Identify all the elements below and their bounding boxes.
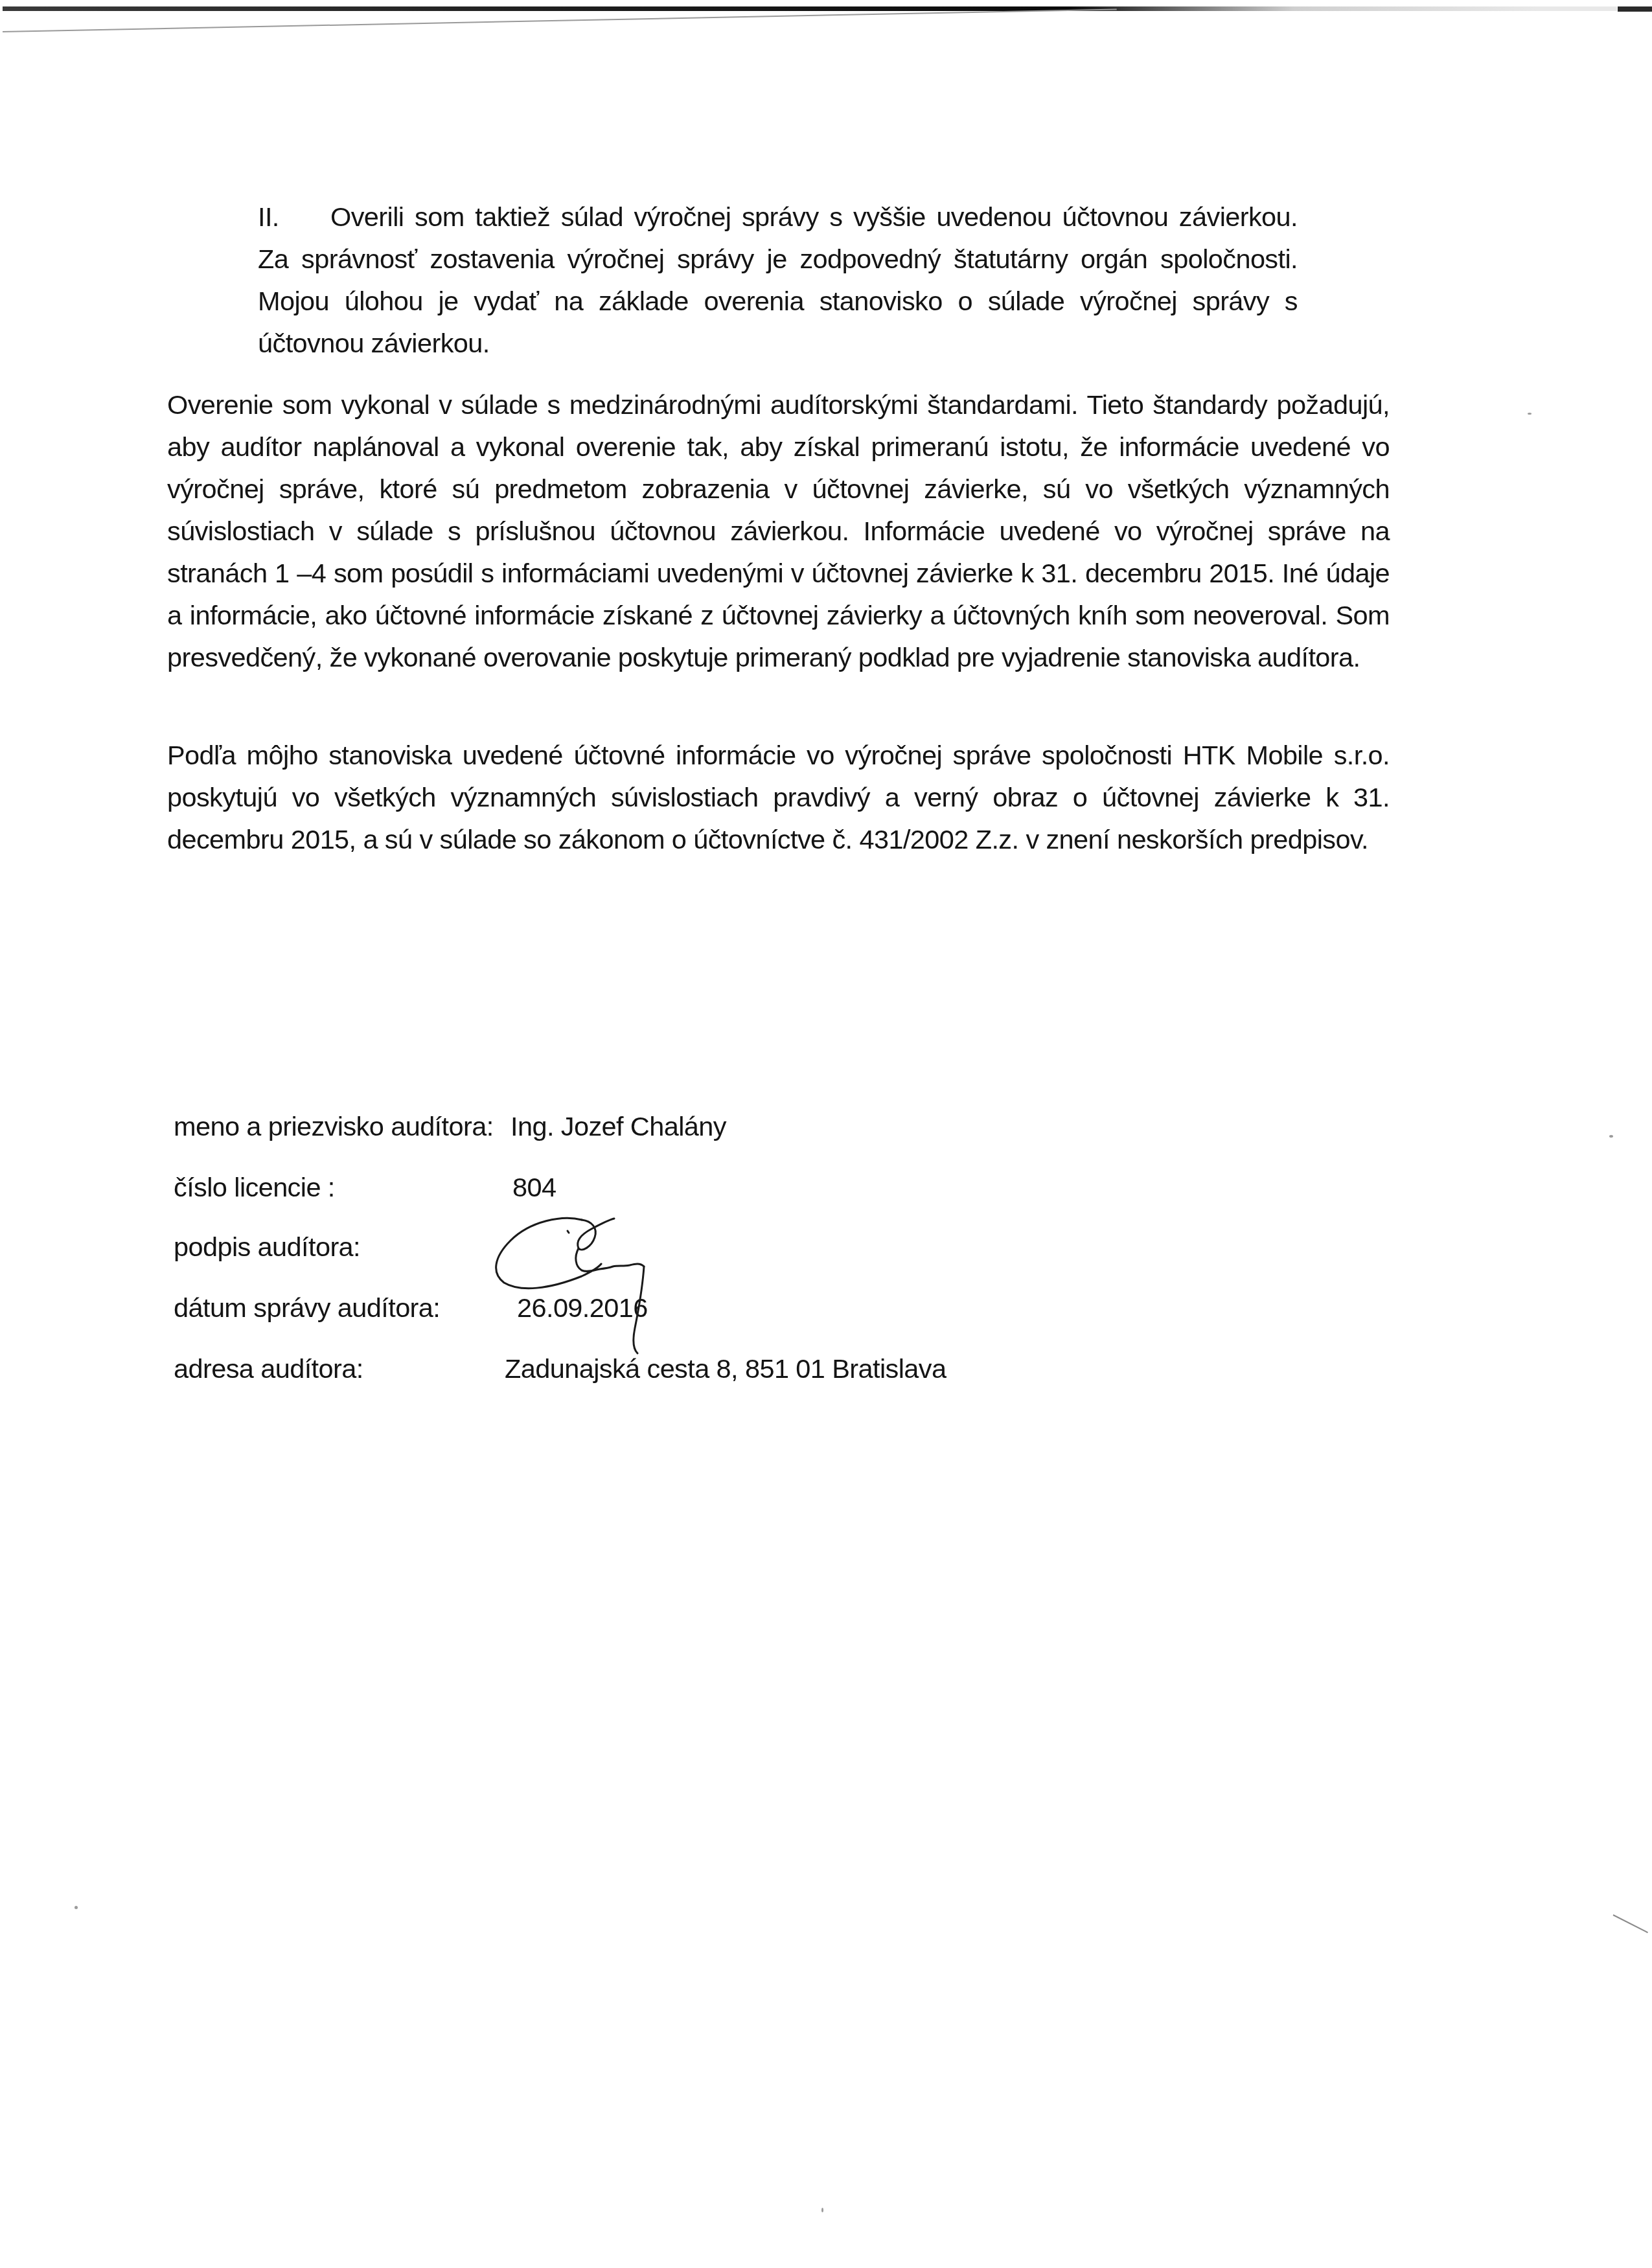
section-number: II. <box>258 196 330 238</box>
opinion-paragraph: Podľa môjho stanoviska uvedené účtovné i… <box>167 734 1390 860</box>
license-label: číslo licencie : <box>174 1172 335 1203</box>
section-ii-text: Overili som taktiež súlad výročnej správ… <box>258 201 1298 358</box>
auditor-name-value: Ing. Jozef Chalány <box>511 1111 726 1142</box>
section-ii-paragraph: II.Overili som taktiež súlad výročnej sp… <box>258 196 1298 364</box>
date-label: dátum správy audítora: <box>174 1292 440 1323</box>
scan-speck <box>821 2208 823 2212</box>
scan-border-top <box>3 6 1617 11</box>
signature-icon <box>485 1202 666 1364</box>
address-label: adresa audítora: <box>174 1353 363 1384</box>
scan-skew-line <box>3 8 1117 32</box>
scan-edge-mark <box>1613 1914 1648 1933</box>
signature-label: podpis audítora: <box>174 1231 360 1263</box>
standards-paragraph: Overenie som vykonal v súlade s medzinár… <box>167 384 1390 678</box>
scan-speck <box>75 1906 78 1909</box>
scan-border-top-right <box>1618 6 1652 12</box>
license-value: 804 <box>512 1172 556 1203</box>
auditor-name-label: meno a priezvisko audítora: <box>174 1111 494 1142</box>
scan-speck <box>1609 1135 1613 1138</box>
scan-speck <box>1528 413 1532 415</box>
